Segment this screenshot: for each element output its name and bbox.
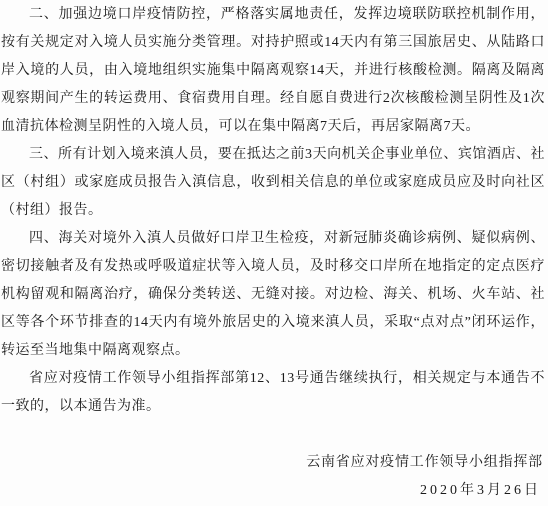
paragraph-item-4: 四、海关对境外入滇人员做好口岸卫生检疫，对新冠肺炎确诊病例、疑似病例、密切接触者… bbox=[1, 225, 545, 365]
issue-date: 2020年3月26日 bbox=[1, 477, 545, 505]
paragraph-closing: 省应对疫情工作领导小组指挥部第12、13号通告继续执行，相关规定与本通告不一致的… bbox=[1, 365, 545, 421]
issuer-signature: 云南省应对疫情工作领导小组指挥部 bbox=[1, 449, 545, 477]
notice-document: 二、加强边境口岸疫情防控，严格落实属地责任，发挥边境联防联控机制作用，按有关规定… bbox=[0, 0, 548, 506]
paragraph-item-3: 三、所有计划入境来滇人员，要在抵达之前3天向机关企事业单位、宾馆酒店、社区（村组… bbox=[1, 141, 545, 225]
paragraph-item-2: 二、加强边境口岸疫情防控，严格落实属地责任，发挥边境联防联控机制作用，按有关规定… bbox=[1, 1, 545, 141]
